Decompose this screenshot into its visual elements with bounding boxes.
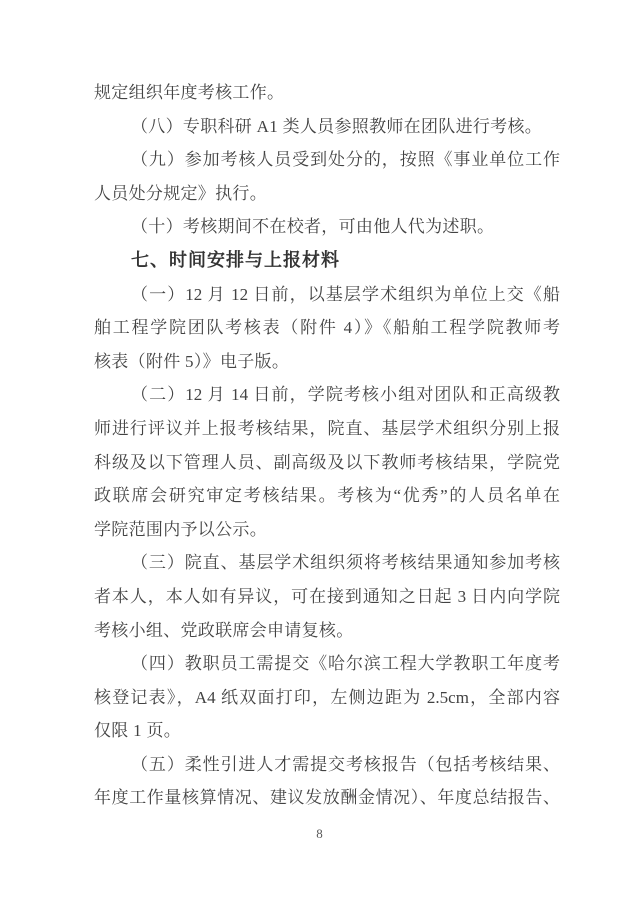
page-number: 8 <box>0 824 639 844</box>
text-line: 规定组织年度考核工作。 <box>94 76 560 110</box>
text-line: 者本人，本人如有异议，可在接到通知之日起 3 日内向学院 <box>94 580 560 614</box>
document-page: 规定组织年度考核工作。（八）专职科研 A1 类人员参照教师在团队进行考核。（九）… <box>0 0 639 904</box>
text-line: 仅限 1 页。 <box>94 714 560 748</box>
text-line: 核登记表》，A4 纸双面打印，左侧边距为 2.5cm，全部内容 <box>94 681 560 715</box>
text-line: （二）12 月 14 日前，学院考核小组对团队和正高级教 <box>94 378 560 412</box>
text-line: （十）考核期间不在校者，可由他人代为述职。 <box>94 210 560 244</box>
text-line: 学院范围内予以公示。 <box>94 513 560 547</box>
text-line: 核表（附件 5）》电子版。 <box>94 345 560 379</box>
text-line: 科级及以下管理人员、副高级及以下教师考核结果，学院党 <box>94 446 560 480</box>
text-line: 年度工作量核算情况、建议发放酬金情况）、年度总结报告、 <box>94 781 560 815</box>
text-line: （八）专职科研 A1 类人员参照教师在团队进行考核。 <box>94 110 560 144</box>
section-heading: 七、时间安排与上报材料 <box>94 244 560 278</box>
document-text: 规定组织年度考核工作。（八）专职科研 A1 类人员参照教师在团队进行考核。（九）… <box>94 76 560 815</box>
text-line: （五）柔性引进人才需提交考核报告（包括考核结果、 <box>94 748 560 782</box>
text-line: 考核小组、党政联席会申请复核。 <box>94 614 560 648</box>
text-line: （一）12 月 12 日前，以基层学术组织为单位上交《船 <box>94 278 560 312</box>
text-line: 政联席会研究审定考核结果。考核为“优秀”的人员名单在 <box>94 479 560 513</box>
text-line: （四）教职员工需提交《哈尔滨工程大学教职工年度考 <box>94 647 560 681</box>
text-line: 人员处分规定》执行。 <box>94 177 560 211</box>
text-line: （三）院直、基层学术组织须将考核结果通知参加考核 <box>94 546 560 580</box>
text-line: （九）参加考核人员受到处分的，按照《事业单位工作 <box>94 143 560 177</box>
text-line: 师进行评议并上报考核结果，院直、基层学术组织分别上报 <box>94 412 560 446</box>
text-line: 舶工程学院团队考核表（附件 4）》《船舶工程学院教师考 <box>94 311 560 345</box>
